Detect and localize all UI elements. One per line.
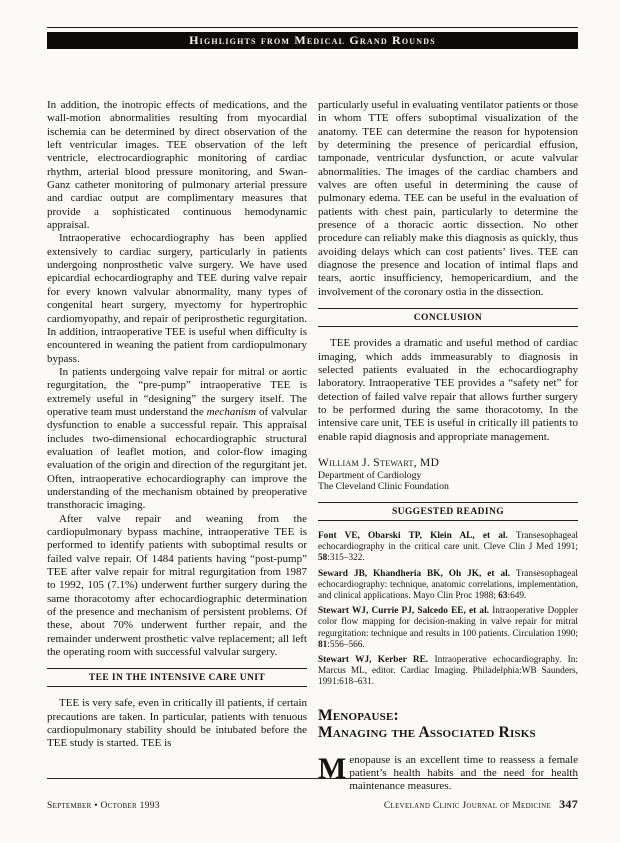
footer-journal-name: Cleveland Clinic Journal of Medicine347 [384,797,578,812]
right-column: particularly useful in evaluating ventil… [318,99,578,794]
paragraph: particularly useful in evaluating ventil… [318,99,578,299]
author-department: Department of Cardiology [318,470,578,482]
section-header-conclusion: CONCLUSION [318,308,578,327]
reference-pages: :556–566. [327,640,364,650]
paragraph: In patients undergoing valve repair for … [47,366,307,513]
next-article-title-line2: Managing the Associated Risks [318,724,578,742]
paragraph: TEE provides a dramatic and useful metho… [318,337,578,444]
journal-page: Highlights from Medical Grand Rounds In … [0,0,620,843]
reference-volume: 58 [318,553,327,563]
reference-pages: :315–322. [327,553,364,563]
two-column-body: In addition, the inotropic effects of me… [47,99,578,794]
italic-term: mechanism [207,406,257,418]
drop-cap: M [318,754,346,781]
reference-item: Stewart WJ, Kerber RE. Intraoperative ec… [318,655,578,689]
next-article-title-line1: Menopause: [318,707,578,725]
header-bar: Highlights from Medical Grand Rounds [47,32,578,49]
section-header-text: TEE IN THE INTENSIVE CARE UNIT [89,673,265,683]
reference-volume: 81 [318,640,327,650]
author-block: William J. Stewart, MD Department of Car… [318,457,578,493]
footer-journal-text: Cleveland Clinic Journal of Medicine [384,801,551,811]
reference-volume: 63 [498,591,507,601]
footer: September • October 1993 Cleveland Clini… [47,797,578,812]
reference-authors: Stewart WJ, Kerber RE. [318,655,428,665]
reference-item: Seward JB, Khandheria BK, Oh JK, et al. … [318,569,578,603]
reference-authors: Font VE, Obarski TP, Klein AL, et al. [318,531,508,541]
section-header-suggested-reading: SUGGESTED READING [318,502,578,521]
footer-rule [47,778,578,779]
footer-issue-date: September • October 1993 [47,801,160,811]
next-article-title: Menopause: Managing the Associated Risks [318,707,578,742]
paragraph-text: of valvular dysfunction to enable a succ… [47,406,307,511]
next-article-lede: Menopause is an excellent time to reasse… [318,754,578,794]
left-column: In addition, the inotropic effects of me… [47,99,307,794]
reference-authors: Seward JB, Khandheria BK, Oh JK, et al. [318,569,510,579]
section-header-text: SUGGESTED READING [392,507,504,517]
paragraph: In addition, the inotropic effects of me… [47,99,307,232]
reference-authors: Stewart WJ, Currie PJ, Salcedo EE, et al… [318,606,489,616]
paragraph-text: enopause is an excellent time to reasses… [349,754,578,793]
section-header-text: CONCLUSION [414,313,482,323]
paragraph: After valve repair and weaning from the … [47,513,307,660]
author-name: William J. Stewart, MD [318,457,578,470]
reference-list: Font VE, Obarski TP, Klein AL, et al. Tr… [318,531,578,689]
reference-item: Stewart WJ, Currie PJ, Salcedo EE, et al… [318,606,578,651]
reference-item: Font VE, Obarski TP, Klein AL, et al. Tr… [318,531,578,565]
author-organization: The Cleveland Clinic Foundation [318,481,578,493]
section-header-icu: TEE IN THE INTENSIVE CARE UNIT [47,668,307,687]
footer-page-number: 347 [559,797,578,811]
reference-pages: :649. [508,591,527,601]
paragraph: TEE is very safe, even in critically ill… [47,697,307,750]
top-rule [47,27,578,28]
paragraph: Intraoperative echocardiography has been… [47,232,307,365]
header-bar-title: Highlights from Medical Grand Rounds [189,33,436,47]
